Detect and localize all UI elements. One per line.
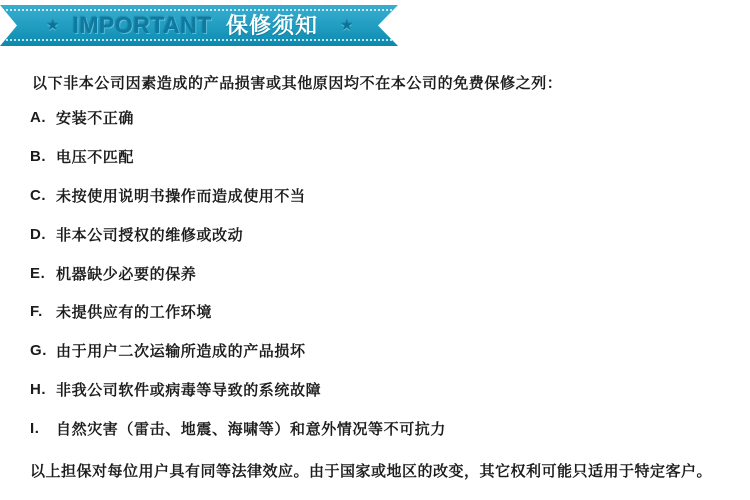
list-item: G.由于用户二次运输所造成的产品损坏 [30, 331, 750, 370]
list-item: H.非我公司软件或病毒等导致的系统故障 [30, 370, 750, 409]
list-item: I.自然灾害（雷击、地震、海啸等）和意外情况等不可抗力 [30, 409, 750, 448]
list-item: F.未提供应有的工作环境 [30, 292, 750, 331]
list-item-letter: B. [30, 148, 56, 165]
list-item-letter: G. [30, 342, 56, 359]
notice-footer: 以上担保对每位用户具有同等法律效应。由于国家或地区的改变，其它权利可能只适用于特… [30, 464, 712, 479]
list-item-letter: D. [30, 226, 56, 243]
list-item-letter: C. [30, 187, 56, 204]
list-item-text: 未提供应有的工作环境 [56, 301, 212, 322]
ribbon-content: ★ IMPORTANT 保修须知 ★ [0, 5, 398, 46]
list-item: A.安装不正确 [30, 98, 750, 137]
list-item-text: 非我公司软件或病毒等导致的系统故障 [56, 379, 321, 400]
list-item-letter: E. [30, 265, 56, 282]
list-item-text: 机器缺少必要的保养 [56, 263, 196, 284]
list-item: D.非本公司授权的维修或改动 [30, 215, 750, 254]
star-icon: ★ [340, 18, 353, 33]
list-item: C.未按使用说明书操作而造成使用不当 [30, 176, 750, 215]
list-item-letter: F. [30, 303, 56, 320]
list-item: B.电压不匹配 [30, 137, 750, 176]
list-item-text: 由于用户二次运输所造成的产品损坏 [56, 340, 306, 361]
list-item-letter: H. [30, 381, 56, 398]
ribbon-banner: ★ IMPORTANT 保修须知 ★ [0, 5, 398, 46]
notice-intro: 以下非本公司因素造成的产品损害或其他原因均不在本公司的免费保修之列： [32, 76, 562, 91]
list-item-text: 自然灾害（雷击、地震、海啸等）和意外情况等不可抗力 [56, 418, 446, 439]
list-item-letter: I. [30, 420, 56, 437]
star-icon: ★ [46, 18, 59, 33]
list-item-text: 未按使用说明书操作而造成使用不当 [56, 185, 306, 206]
list-item-letter: A. [30, 109, 56, 126]
list-item-text: 非本公司授权的维修或改动 [56, 224, 243, 245]
warranty-exclusion-list: A.安装不正确B.电压不匹配C.未按使用说明书操作而造成使用不当D.非本公司授权… [30, 98, 750, 448]
list-item-text: 电压不匹配 [56, 146, 134, 167]
banner-english-label: IMPORTANT [72, 14, 212, 37]
list-item: E.机器缺少必要的保养 [30, 254, 750, 293]
list-item-text: 安装不正确 [56, 107, 134, 128]
warranty-notice-page: ★ IMPORTANT 保修须知 ★ 以下非本公司因素造成的产品损害或其他原因均… [0, 0, 750, 500]
banner-title: 保修须知 [226, 15, 318, 37]
